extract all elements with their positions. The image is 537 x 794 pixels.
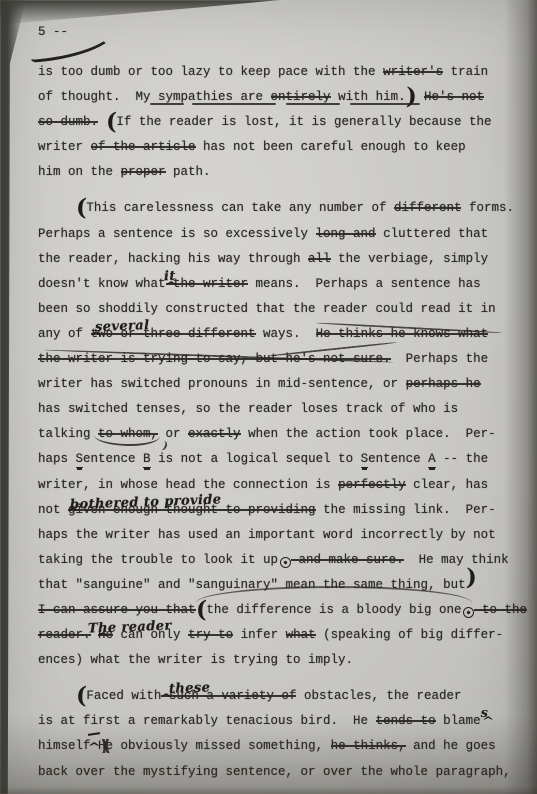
struck-text: tends to [376, 714, 436, 728]
typed-text: has not been careful enough to keep [196, 140, 466, 154]
struck-text: and make sure. [291, 553, 404, 567]
typed-text: the verbiage, simply [331, 252, 489, 266]
struck-text: of the article [91, 140, 196, 154]
handwritten-dash-mark [150, 103, 184, 105]
handwritten-dash-mark [350, 103, 420, 105]
typed-text: He may think [404, 553, 509, 567]
typed-text: train [443, 65, 488, 79]
struck-text: HeThe reader^ [98, 628, 113, 642]
text-line: haps Sentence B is not a logical sequel … [38, 445, 511, 470]
text-line: any of two or three differentseveral^ wa… [38, 320, 511, 345]
handwritten-insertion: these [169, 676, 211, 703]
typed-text: is not a logical sequel to [151, 452, 361, 466]
struck-text: entirely [271, 90, 331, 104]
struck-text: reader. [38, 628, 91, 642]
struck-text: to whom, [98, 427, 158, 441]
text-line: reader. HeThe reader^ can only try to in… [38, 621, 511, 646]
struck-text: writer's [383, 65, 443, 79]
typed-text: clear, has [406, 478, 489, 492]
struck-text: such a variety ofthese^ [161, 689, 296, 703]
typed-text: writer has switched pronouns in mid-sent… [38, 377, 406, 391]
typed-text: is at first a remarkably tenacious bird.… [38, 714, 376, 728]
text-line: ences) what the writer is trying to impl… [38, 646, 511, 671]
typed-text: any of [38, 327, 91, 341]
handwritten-dash-mark [192, 103, 276, 105]
typed-text: forms. [461, 201, 514, 215]
typed-text: -- the [436, 452, 489, 466]
typed-text [416, 90, 424, 104]
typed-text: obviously missed something, [113, 739, 331, 753]
typed-text: haps [38, 452, 76, 466]
typed-text: the missing link. Per- [316, 503, 496, 517]
photo-edge-bottom [0, 786, 537, 794]
typed-text [38, 689, 76, 703]
text-line: writer has switched pronouns in mid-sent… [38, 370, 511, 395]
text-line: the reader, hacking his way through all … [38, 245, 511, 270]
text-line: Perhaps a sentence is so excessively lon… [38, 220, 511, 245]
typed-text: ways. [256, 327, 316, 341]
struck-text: all [308, 252, 331, 266]
typed-text: the difference is a bloody big one [206, 603, 461, 617]
typed-text: haps the writer has used an important wo… [38, 528, 496, 542]
capitalize-mark-letter: B [143, 452, 151, 468]
typed-text: blame [436, 714, 481, 728]
paragraph: is too dumb or too lazy to keep pace wit… [38, 58, 511, 183]
typed-text: ences) what the writer is trying to impl… [38, 653, 353, 667]
photo-edge-left [0, 0, 26, 794]
handwritten-insertion: The reader [88, 614, 173, 642]
circled-period-mark [463, 607, 474, 618]
struck-text: proper [121, 165, 166, 179]
struck-text: perhaps he [406, 377, 481, 391]
typed-text: back over the mystifying sentence, or ov… [38, 765, 511, 779]
text-line: so dumb. (If the reader is lost, it is g… [38, 108, 511, 133]
typed-text: himself^ [38, 739, 91, 753]
typed-text: infer [233, 628, 286, 642]
typed-text: obstacles, the reader [296, 689, 461, 703]
typed-text: entence [368, 452, 428, 466]
manuscript-photo: 5 -- is too dumb or too lazy to keep pac… [0, 0, 537, 794]
typed-text: cluttered that [376, 227, 489, 241]
typed-text: him on the [38, 165, 121, 179]
typed-text: writer [38, 140, 91, 154]
capitalize-mark-letter: S [76, 452, 84, 468]
typed-text: Perhaps the [391, 352, 489, 366]
typed-text [98, 115, 106, 129]
circled-period-mark [280, 557, 291, 568]
struck-text: two or three differentseveral^ [91, 327, 256, 341]
struck-text: long and [316, 227, 376, 241]
text-line: (Faced with such a variety ofthese^ obst… [38, 682, 511, 707]
handwritten-superscript-wrap: s^ [481, 711, 488, 728]
struck-text: perfectly [338, 478, 406, 492]
manuscript-page: 5 -- is too dumb or too lazy to keep pac… [38, 22, 511, 783]
struck-text: so dumb. [38, 115, 98, 129]
paragraph: (This carelessness can take any number o… [38, 194, 511, 671]
handwritten-dash-mark [286, 103, 340, 105]
capitalize-mark-letter: A [428, 452, 436, 468]
typed-text: not [38, 503, 68, 517]
typed-text: with him. [331, 90, 406, 104]
text-line: haps the writer has used an important wo… [38, 521, 511, 546]
typed-text [38, 201, 76, 215]
struck-text: exactly [188, 427, 241, 441]
manuscript-text: is too dumb or too lazy to keep pace wit… [38, 58, 511, 783]
typed-text: If the reader is lost, it is generally b… [116, 115, 491, 129]
text-line: writer of the article has not been caref… [38, 133, 511, 158]
typed-text: has switched tenses, so the reader loses… [38, 402, 458, 416]
capitalize-mark-letter: S [361, 452, 369, 468]
handwritten-insertion: bothered to provide [70, 487, 222, 517]
photo-edge-right [527, 0, 537, 794]
struck-text: the writerit^ [166, 277, 249, 291]
typed-text: and he goes [406, 739, 496, 753]
text-line: (This carelessness can take any number o… [38, 194, 511, 219]
text-line: is too dumb or too lazy to keep pace wit… [38, 58, 511, 83]
text-line: taking the trouble to look it up and mak… [38, 546, 511, 571]
struck-text: given enough thought to providingbothere… [68, 503, 316, 517]
typed-text: talking [38, 427, 98, 441]
typed-text: (speaking of big differ- [316, 628, 504, 642]
page-header: 5 -- [38, 22, 511, 58]
text-line: him on the proper path. [38, 158, 511, 183]
text-line: is at first a remarkably tenacious bird.… [38, 707, 511, 732]
text-line: not given enough thought to providingbot… [38, 496, 511, 521]
struck-text: to the [474, 603, 527, 617]
typed-text: when the action took place. Per- [241, 427, 496, 441]
typed-text: Perhaps a sentence is so excessively [38, 227, 316, 241]
struck-text: He's not [424, 90, 484, 104]
typed-text: Faced with [86, 689, 161, 703]
handwritten-insertion: it [163, 264, 176, 289]
handwritten-insertion: several [94, 313, 149, 340]
struck-text: different [394, 201, 462, 215]
text-line: doesn't know what the writerit^ means. P… [38, 270, 511, 295]
typed-text: path. [166, 165, 211, 179]
typed-text: This carelessness can take any number of [86, 201, 394, 215]
struck-text: He [98, 739, 113, 753]
text-line: the writer is trying to say, but he's no… [38, 345, 511, 370]
struck-text: he thinks, [331, 739, 406, 753]
typed-text: of thought. My sympathies are [38, 90, 271, 104]
struck-text: what [286, 628, 316, 642]
typed-text: is too dumb or too lazy to keep pace wit… [38, 65, 383, 79]
typed-text: means. Perhaps a sentence has [248, 277, 481, 291]
text-line: has switched tenses, so the reader loses… [38, 395, 511, 420]
paragraph: (Faced with such a variety ofthese^ obst… [38, 682, 511, 782]
text-line: back over the mystifying sentence, or ov… [38, 758, 511, 783]
text-line: talking to whom, or exactly when the act… [38, 420, 511, 445]
typed-text: doesn't know what [38, 277, 166, 291]
typed-text: entence [83, 452, 143, 466]
struck-text: try to [188, 628, 233, 642]
text-line: himself^ He obviously missed something, … [38, 732, 511, 757]
typed-text: taking the trouble to look it up [38, 553, 278, 567]
